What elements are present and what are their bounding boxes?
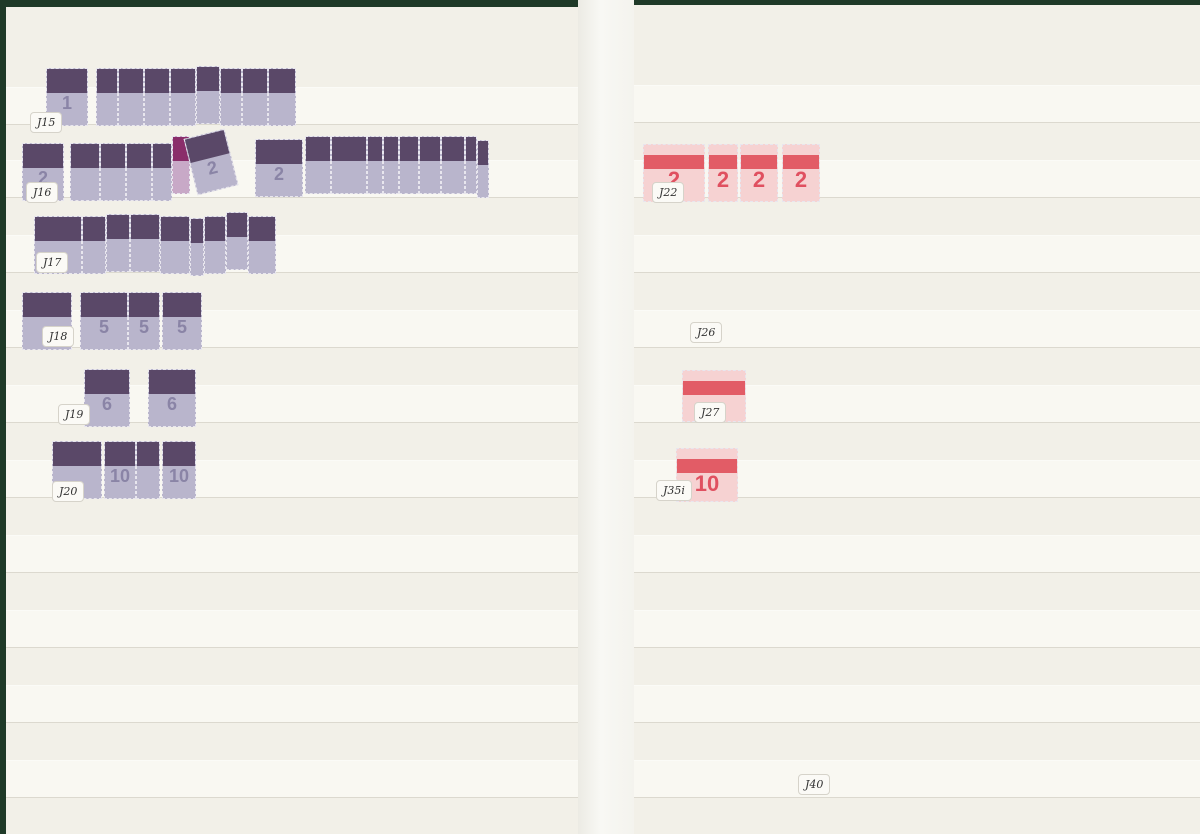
stamp: [106, 214, 130, 272]
stamp: [268, 68, 296, 126]
stamp: [126, 143, 152, 201]
stamp: 6: [148, 369, 196, 427]
catalog-label: J16: [26, 182, 58, 203]
stamp: [465, 136, 477, 194]
stamp: [226, 212, 248, 270]
stamp: [331, 136, 367, 194]
stamp: [419, 136, 441, 194]
stamp: [144, 68, 170, 126]
stamp: 5: [128, 292, 160, 350]
catalog-label: J35i: [656, 480, 692, 501]
stamp: [196, 66, 220, 124]
stamp: 2: [255, 139, 303, 197]
strip: [634, 685, 1200, 723]
strip: [634, 610, 1200, 648]
stamp: [152, 143, 172, 201]
stamp: [170, 68, 196, 126]
strip: [634, 760, 1200, 798]
strip: [6, 610, 578, 648]
stamp: [399, 136, 419, 194]
stamp: [383, 136, 399, 194]
catalog-label: J26: [690, 322, 722, 343]
stamp: [82, 216, 106, 274]
stamp: [96, 68, 118, 126]
stamp: [248, 216, 276, 274]
book-gutter: [578, 0, 634, 834]
strip: [6, 685, 578, 723]
stamp: 2: [782, 144, 820, 202]
catalog-label: J18: [42, 326, 74, 347]
strip: [634, 85, 1200, 123]
strip: [6, 535, 578, 573]
stamp: 10: [162, 441, 196, 499]
catalog-label: J27: [694, 402, 726, 423]
stamp: [100, 143, 126, 201]
stamp: [130, 214, 160, 272]
catalog-label: J17: [36, 252, 68, 273]
stamp: 2: [740, 144, 778, 202]
stamp: [118, 68, 144, 126]
stamp: [305, 136, 331, 194]
stamp: [477, 140, 489, 198]
catalog-label: J20: [52, 481, 84, 502]
stamp: [367, 136, 383, 194]
stamp: [441, 136, 465, 194]
catalog-label: J40: [798, 774, 830, 795]
catalog-label: J15: [30, 112, 62, 133]
stamp: 5: [80, 292, 128, 350]
stamp: [242, 68, 268, 126]
stamp: 10: [104, 441, 136, 499]
catalog-label: J22: [652, 182, 684, 203]
stamp: 2: [708, 144, 738, 202]
strip: [634, 235, 1200, 273]
stamp: 6: [84, 369, 130, 427]
catalog-label: J19: [58, 404, 90, 425]
stamp: [190, 218, 204, 276]
stamp: [220, 68, 242, 126]
strip: [634, 535, 1200, 573]
stamp: 5: [162, 292, 202, 350]
stamp: [160, 216, 190, 274]
strip: [6, 760, 578, 798]
stamp: [136, 441, 160, 499]
stamp: [70, 143, 100, 201]
stamp: [204, 216, 226, 274]
